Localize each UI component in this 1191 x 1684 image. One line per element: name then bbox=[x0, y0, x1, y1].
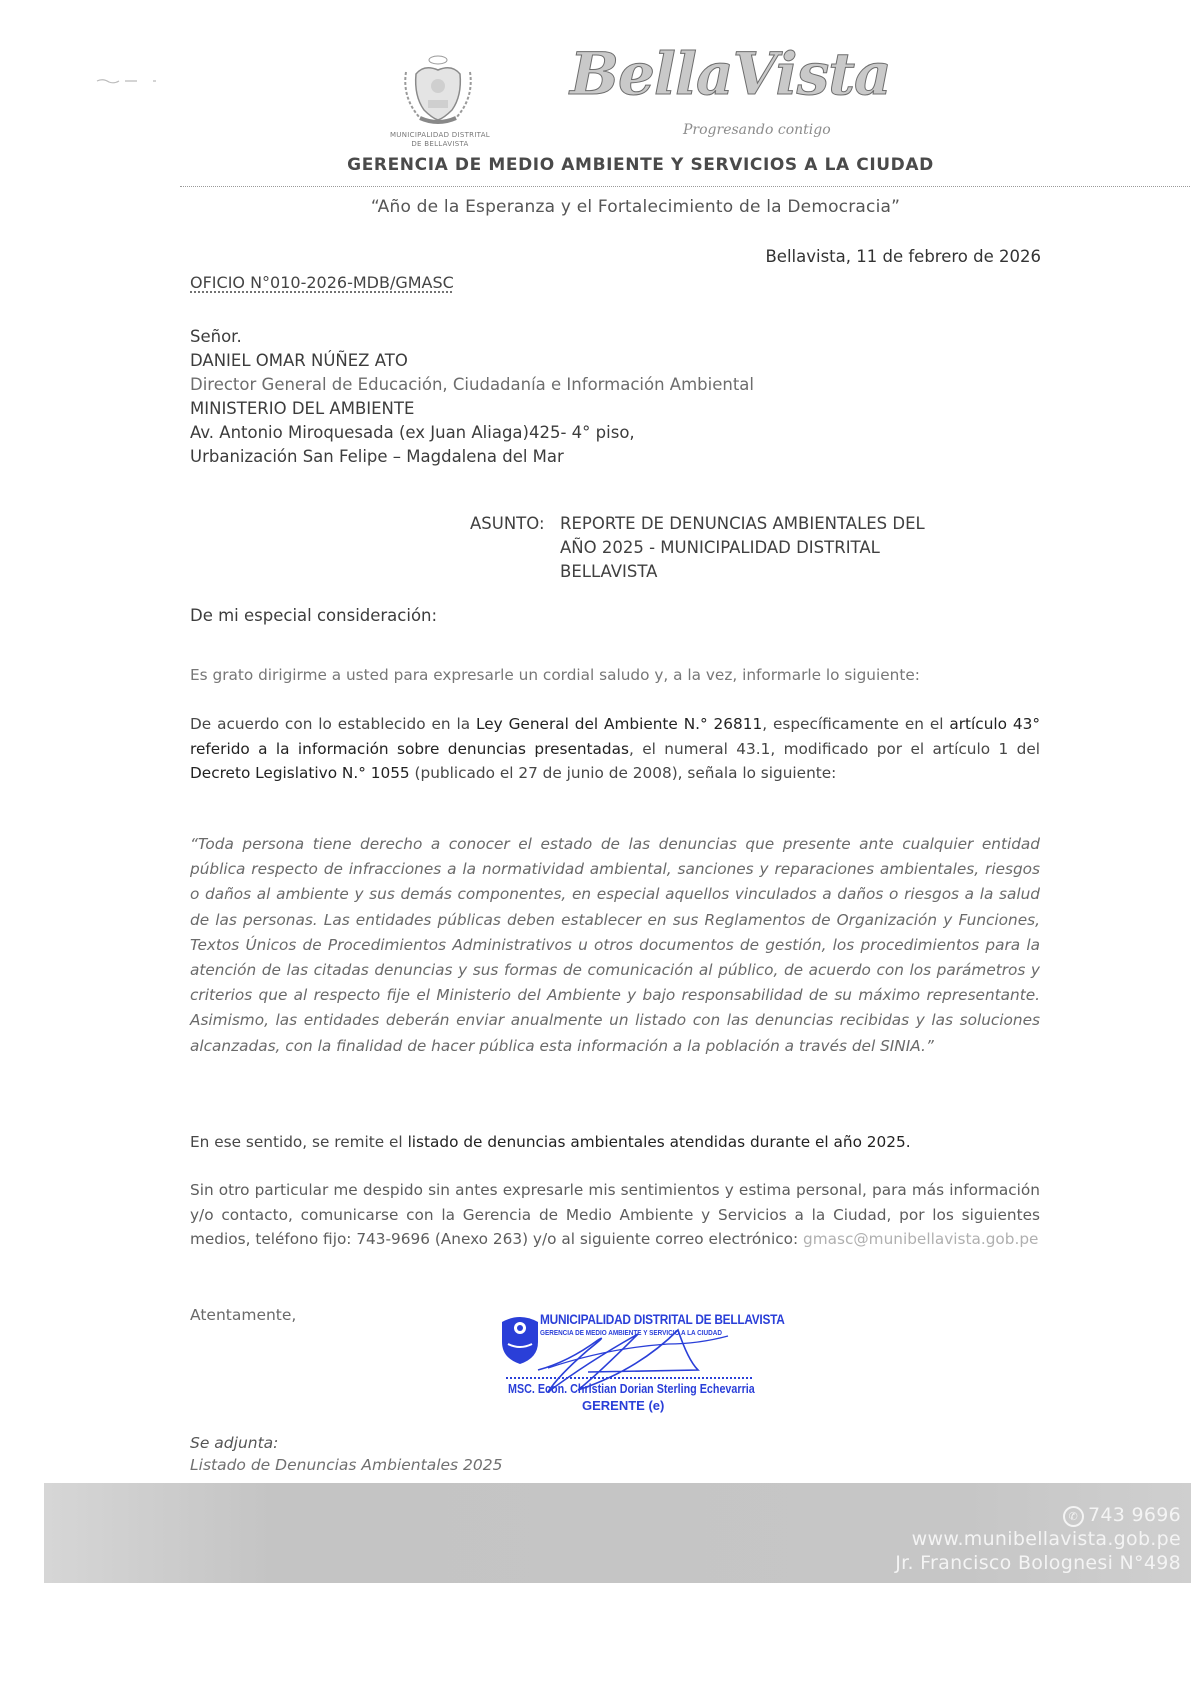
footer-contact: ✆743 9696 www.munibellavista.gob.pe Jr. … bbox=[895, 1503, 1181, 1575]
footer-address: Jr. Francisco Bolognesi N°498 bbox=[895, 1551, 1181, 1575]
crest-caption-line2: DE BELLAVISTA bbox=[370, 140, 510, 149]
crest-caption: MUNICIPALIDAD DISTRITAL DE BELLAVISTA bbox=[370, 131, 510, 149]
law-reference: Ley General del Ambiente N.° 26811 bbox=[476, 715, 762, 733]
closing: Atentamente, bbox=[190, 1306, 296, 1324]
recipient-address-line2: Urbanización San Felipe – Magdalena del … bbox=[190, 445, 754, 469]
greeting: De mi especial consideración: bbox=[190, 606, 437, 625]
municipal-crest-logo bbox=[400, 52, 476, 128]
recipient-name: DANIEL OMAR NÚÑEZ ATO bbox=[190, 349, 754, 373]
crest-caption-line1: MUNICIPALIDAD DISTRITAL bbox=[370, 131, 510, 140]
paragraph-farewell: Sin otro particular me despido sin antes… bbox=[190, 1178, 1040, 1252]
letter-date: Bellavista, 11 de febrero de 2026 bbox=[765, 247, 1041, 266]
attachment-item: Listado de Denuncias Ambientales 2025 bbox=[190, 1454, 503, 1476]
text-run: , específicamente en el bbox=[762, 715, 949, 733]
paragraph-remittance: En ese sentido, se remite el listado de … bbox=[190, 1130, 1040, 1155]
signer-role: GERENTE (e) bbox=[582, 1398, 664, 1413]
text-run: , el numeral 43.1, modificado por el art… bbox=[629, 740, 1040, 758]
header-divider bbox=[180, 186, 1190, 187]
subject-line1: REPORTE DE DENUNCIAS AMBIENTALES DEL bbox=[560, 514, 925, 533]
paragraph-intro: Es grato dirigirme a usted para expresar… bbox=[190, 663, 1040, 688]
attachment-block: Se adjunta: Listado de Denuncias Ambient… bbox=[190, 1432, 503, 1476]
footer-phone: 743 9696 bbox=[1088, 1504, 1181, 1526]
recipient-institution: MINISTERIO DEL AMBIENTE bbox=[190, 397, 754, 421]
signature-line bbox=[506, 1377, 752, 1379]
contact-email-link[interactable]: gmasc@munibellavista.gob.pe bbox=[803, 1230, 1038, 1248]
phone-icon: ✆ bbox=[1063, 1506, 1084, 1527]
recipient-block: Señor. DANIEL OMAR NÚÑEZ ATO Director Ge… bbox=[190, 325, 754, 469]
footer-website[interactable]: www.munibellavista.gob.pe bbox=[895, 1527, 1181, 1551]
subject-label: ASUNTO: bbox=[470, 512, 560, 536]
recipient-salutation: Señor. bbox=[190, 325, 754, 349]
paragraph-legal-basis: De acuerdo con lo establecido en la Ley … bbox=[190, 712, 1040, 786]
subject-line2: AÑO 2025 - MUNICIPALIDAD DISTRITAL bbox=[470, 536, 925, 560]
decree-reference: Decreto Legislativo N.° 1055 bbox=[190, 764, 410, 782]
department-heading: GERENCIA DE MEDIO AMBIENTE Y SERVICIOS A… bbox=[0, 155, 1191, 175]
text-run: De acuerdo con lo establecido en la bbox=[190, 715, 476, 733]
recipient-position: Director General de Educación, Ciudadaní… bbox=[190, 373, 754, 397]
recipient-address-line1: Av. Antonio Miroquesada (ex Juan Aliaga)… bbox=[190, 421, 754, 445]
subject-block: ASUNTO:REPORTE DE DENUNCIAS AMBIENTALES … bbox=[470, 512, 925, 584]
brand-logo: BellaVista bbox=[570, 40, 891, 108]
attachment-label: Se adjunta: bbox=[190, 1432, 503, 1454]
signer-name: MSC. Econ. Christian Dorian Sterling Ech… bbox=[508, 1382, 755, 1396]
scan-mark bbox=[95, 77, 165, 85]
official-stamp: MUNICIPALIDAD DISTRITAL DE BELLAVISTA GE… bbox=[498, 1302, 758, 1422]
text-run: (publicado el 27 de junio de 2008), seña… bbox=[410, 764, 837, 782]
subject-line3: BELLAVISTA bbox=[470, 560, 925, 584]
remittance-highlight: listado de denuncias ambientales atendid… bbox=[408, 1133, 911, 1151]
year-motto: “Año de la Esperanza y el Fortalecimient… bbox=[0, 197, 1191, 217]
brand-tagline: Progresando contigo bbox=[683, 122, 831, 138]
legal-quote: “Toda persona tiene derecho a conocer el… bbox=[190, 832, 1040, 1059]
text-run: En ese sentido, se remite el bbox=[190, 1133, 408, 1151]
reference-number: OFICIO N°010-2026-MDB/GMASC bbox=[190, 273, 454, 292]
